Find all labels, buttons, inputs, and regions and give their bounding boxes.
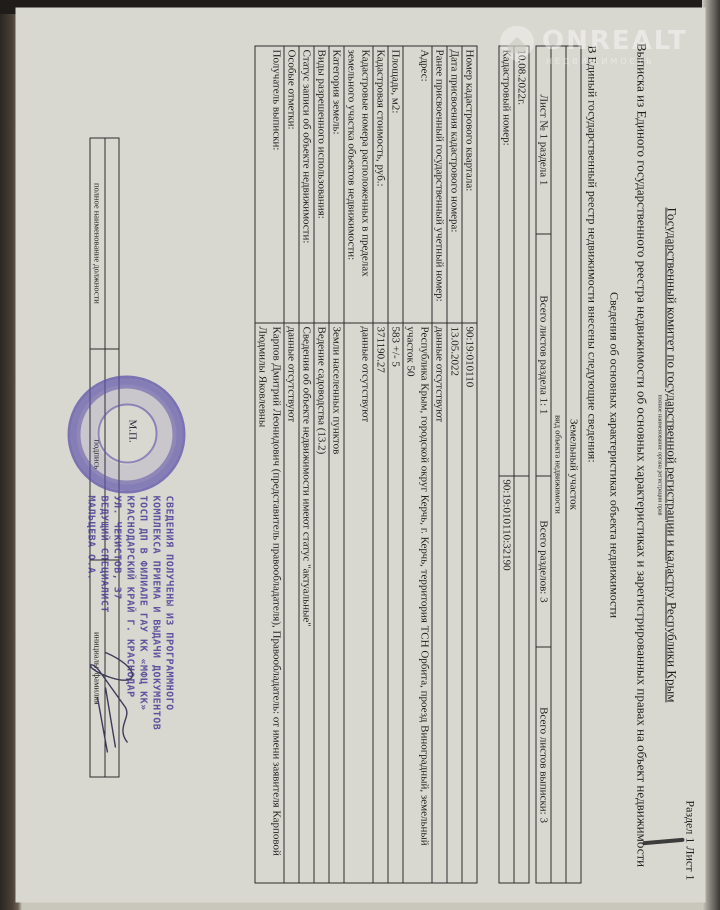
watermark: ONREALT НЕДВИЖИМОСТЬ bbox=[498, 24, 536, 69]
field-value: 13.05.2022 bbox=[447, 323, 462, 883]
characteristics-table: Номер кадастрового квартала:90:19:010110… bbox=[254, 46, 477, 884]
field-label: Особые отметки: bbox=[284, 46, 299, 323]
organization-caption: полное наименование органа регистрации п… bbox=[656, 8, 662, 903]
field-row: Ранее присвоенный государственный учетны… bbox=[432, 46, 447, 883]
watermark-tagline: НЕДВИЖИМОСТЬ bbox=[546, 57, 655, 66]
field-label: Дата присвоения кадастрового номера: bbox=[447, 46, 462, 323]
extract-date: 10.08.2022г. bbox=[514, 46, 529, 476]
field-value: Республика Крым, городской округ Керчь, … bbox=[403, 323, 432, 883]
intro-text: В Единый государственный реестр недвижим… bbox=[584, 46, 599, 463]
field-value: Ведение садоводства (13.2) bbox=[314, 323, 329, 883]
field-value: Сведения об объекте недвижимости имеют с… bbox=[299, 323, 314, 883]
stamp-line: СВЕДЕНИЯ ПОЛУЧЕНЫ ИЗ ПРОГРАММНОГО bbox=[162, 496, 175, 731]
field-label: Адрес: bbox=[403, 46, 432, 323]
field-row: Статус записи об объекте недвижимости:Св… bbox=[299, 46, 314, 883]
seal-label: М.П. bbox=[126, 420, 138, 443]
field-value: данные отсутствуют bbox=[432, 323, 447, 883]
field-label: Статус записи об объекте недвижимости: bbox=[299, 46, 314, 323]
object-type-caption: вид объекта недвижимости bbox=[551, 46, 566, 883]
total-sections: Всего разделов: 3 bbox=[536, 476, 551, 647]
field-row: Дата присвоения кадастрового номера:13.0… bbox=[447, 46, 462, 883]
field-label: Ранее присвоенный государственный учетны… bbox=[432, 46, 447, 323]
field-label: Категория земель: bbox=[329, 46, 344, 323]
field-value: Земли населенных пунктов bbox=[329, 323, 344, 883]
section-sheet-label: Раздел 1 Лист 1 bbox=[682, 800, 697, 880]
field-row: Площадь, м2:583 +/- 5 bbox=[388, 46, 403, 883]
position-caption: полное наименование должности bbox=[90, 138, 105, 349]
field-row: Особые отметки:данные отсутствуют bbox=[284, 46, 299, 883]
field-value: данные отсутствуют bbox=[284, 323, 299, 883]
field-value: Карпов Дмитрий Леонидович (представитель… bbox=[255, 323, 284, 883]
field-label: Кадастровая стоимость, руб.: bbox=[373, 46, 388, 323]
field-label: Кадастровые номера расположенных в преде… bbox=[344, 46, 373, 323]
cadastral-number-label: Кадастровый номер: bbox=[499, 46, 514, 476]
house-pin-icon bbox=[498, 24, 536, 64]
field-row: Виды разрешенного использования:Ведение … bbox=[314, 46, 329, 883]
watermark-brand: ONREALT bbox=[542, 26, 688, 56]
field-value: данные отсутствуют bbox=[344, 323, 373, 883]
document-page: Раздел 1 Лист 1 Государственный комитет … bbox=[15, 8, 705, 903]
stamp-line: КОМПЛЕКСА ПРИЕМА И ВЫДАЧИ ДОКУМЕНТОВ bbox=[149, 496, 162, 731]
field-label: Виды разрешенного использования: bbox=[314, 46, 329, 323]
field-row: Адрес:Республика Крым, городской округ К… bbox=[403, 46, 432, 883]
field-label: Получатель выписки: bbox=[255, 46, 284, 323]
organization-name: Государственный комитет по государственн… bbox=[663, 8, 679, 903]
field-row: Номер кадастрового квартала:90:19:010110 bbox=[462, 46, 477, 883]
total-sheets-extract: Всего листов выписки: 3 bbox=[536, 647, 551, 883]
total-sheets-section: Всего листов раздела 1: 1 bbox=[536, 234, 551, 476]
document-subtitle: Сведения об основных характеристиках объ… bbox=[606, 8, 621, 903]
document-title: Выписка из Единого государственного реес… bbox=[633, 8, 649, 903]
field-row: Категория земель:Земли населенных пункто… bbox=[329, 46, 344, 883]
cadastral-number: 90:19:010110:32190 bbox=[499, 476, 514, 883]
field-label: Номер кадастрового квартала: bbox=[462, 46, 477, 323]
sheet-number: Лист № 1 раздела 1 bbox=[536, 46, 551, 234]
handwritten-signature bbox=[85, 648, 145, 758]
field-row: Кадастровые номера расположенных в преде… bbox=[344, 46, 373, 883]
field-row: Кадастровая стоимость, руб.:371190.27 bbox=[373, 46, 388, 883]
object-type: Земельный участок bbox=[566, 46, 581, 883]
field-row: Получатель выписки:Карпов Дмитрий Леонид… bbox=[255, 46, 284, 883]
field-value: 90:19:010110 bbox=[462, 323, 477, 883]
summary-table: Земельный участок вид объекта недвижимос… bbox=[498, 46, 581, 884]
field-value: 583 +/- 5 bbox=[388, 323, 403, 883]
field-value: 371190.27 bbox=[373, 323, 388, 883]
field-label: Площадь, м2: bbox=[388, 46, 403, 323]
